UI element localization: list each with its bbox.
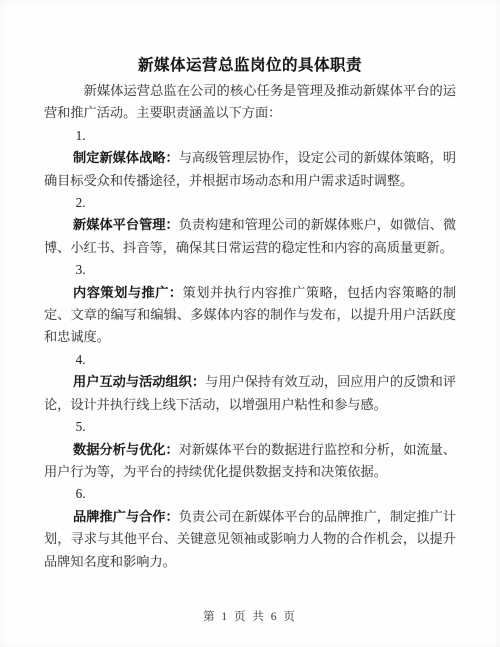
- section-term: 内容策划与推广：: [73, 285, 183, 300]
- item-number: 4.: [44, 349, 456, 371]
- intro-paragraph: 新媒体运营总监在公司的核心任务是管理及推动新媒体平台的运营和推广活动。主要职责涵…: [44, 80, 456, 125]
- item-number: 3.: [44, 259, 456, 281]
- section-term: 品牌推广与合作：: [73, 509, 179, 524]
- section-paragraph: 新媒体平台管理：负责构建和管理公司的新媒体账户，如微信、微博、小红书、抖音等，确…: [44, 214, 456, 259]
- item-number: 2.: [44, 192, 456, 214]
- section-term: 制定新媒体战略：: [73, 150, 179, 165]
- section-paragraph: 内容策划与推广：策划并执行内容推广策略，包括内容策略的制定、文章的编写和编辑、多…: [44, 282, 456, 349]
- section-paragraph: 品牌推广与合作：负责公司在新媒体平台的品牌推广，制定推广计划，寻求与其他平台、关…: [44, 506, 456, 573]
- section-term: 新媒体平台管理：: [73, 217, 179, 232]
- section-paragraph: 制定新媒体战略：与高级管理层协作，设定公司的新媒体策略，明确目标受众和传播途径，…: [44, 147, 456, 192]
- section-paragraph: 数据分析与优化：对新媒体平台的数据进行监控和分析，如流量、用户行为等，为平台的持…: [44, 439, 456, 484]
- item-number: 5.: [44, 416, 456, 438]
- document-title: 新媒体运营总监岗位的具体职责: [0, 53, 500, 75]
- page-footer: 第 1 页 共 6 页: [0, 608, 500, 624]
- document-page: 新媒体运营总监岗位的具体职责 新媒体运营总监在公司的核心任务是管理及推动新媒体平…: [0, 0, 500, 647]
- document-body: 新媒体运营总监在公司的核心任务是管理及推动新媒体平台的运营和推广活动。主要职责涵…: [44, 80, 456, 573]
- item-number: 1.: [44, 125, 456, 147]
- section-paragraph: 用户互动与活动组织：与用户保持有效互动，回应用户的反馈和评论，设计并执行线上线下…: [44, 371, 456, 416]
- item-number: 6.: [44, 483, 456, 505]
- section-term: 数据分析与优化：: [73, 442, 179, 457]
- section-term: 用户互动与活动组织：: [73, 374, 205, 389]
- page-number-label: 第 1 页 共 6 页: [203, 611, 297, 623]
